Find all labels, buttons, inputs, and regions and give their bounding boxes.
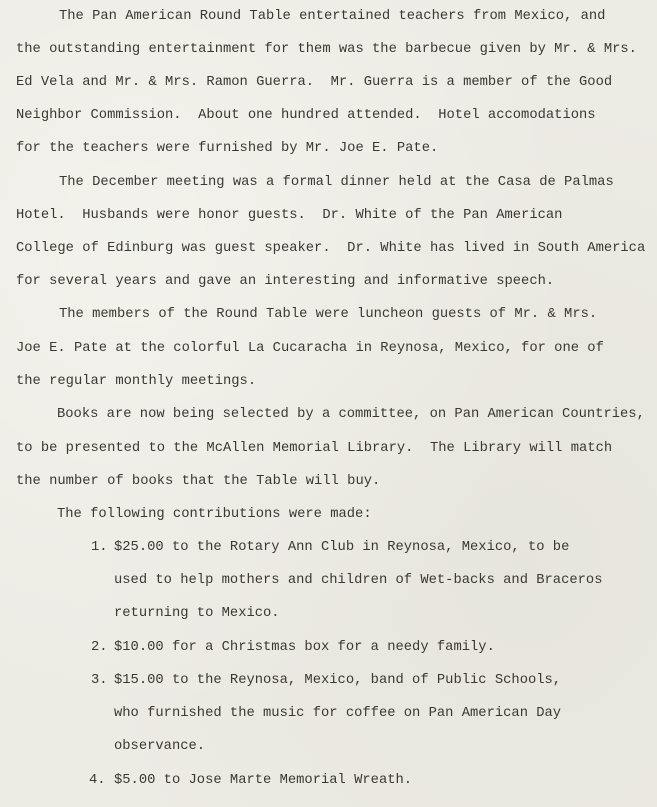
paragraph-3-line-2: Joe E. Pate at the colorful La Cucaracha…	[16, 341, 604, 357]
paragraph-1-line-4: Neighbor Commission. About one hundred a…	[16, 108, 596, 124]
paragraph-4-line-2: to be presented to the McAllen Memorial …	[16, 441, 612, 457]
contribution-3-line-1: $15.00 to the Reynosa, Mexico, band of P…	[114, 673, 561, 689]
typewritten-document-page: The Pan American Round Table entertained…	[0, 0, 657, 807]
contribution-1-line-3: returning to Mexico.	[114, 606, 280, 622]
contribution-4-number: 4.	[89, 773, 106, 789]
contribution-3-line-2: who furnished the music for coffee on Pa…	[114, 706, 561, 722]
paragraph-4-line-1: Books are now being selected by a commit…	[57, 407, 645, 423]
paragraph-2-line-4: for several years and gave an interestin…	[16, 274, 554, 290]
paragraph-3-line-3: the regular monthly meetings.	[16, 374, 256, 390]
paragraph-4-line-3: the number of books that the Table will …	[16, 474, 380, 490]
contribution-3-line-3: observance.	[114, 739, 205, 755]
contribution-2-line-1: $10.00 for a Christmas box for a needy f…	[114, 640, 495, 656]
contribution-3-number: 3.	[91, 673, 108, 689]
contribution-2-number: 2.	[91, 640, 108, 656]
paragraph-2-line-1: The December meeting was a formal dinner…	[59, 175, 614, 191]
paragraph-1-line-1: The Pan American Round Table entertained…	[59, 9, 605, 25]
paragraph-1-line-2: the outstanding entertainment for them w…	[16, 42, 637, 58]
contribution-4-line-1: $5.00 to Jose Marte Memorial Wreath.	[114, 773, 412, 789]
paragraph-1-line-3: Ed Vela and Mr. & Mrs. Ramon Guerra. Mr.…	[16, 75, 612, 91]
paragraph-3-line-1: The members of the Round Table were lunc…	[59, 307, 597, 323]
contribution-1-line-2: used to help mothers and children of Wet…	[114, 573, 603, 589]
contribution-1-number: 1.	[91, 540, 108, 556]
contribution-1-line-1: $25.00 to the Rotary Ann Club in Reynosa…	[114, 540, 569, 556]
contributions-intro: The following contributions were made:	[57, 507, 372, 523]
paragraph-2-line-3: College of Edinburg was guest speaker. D…	[16, 241, 645, 257]
paragraph-2-line-2: Hotel. Husbands were honor guests. Dr. W…	[16, 208, 562, 224]
paragraph-1-line-5: for the teachers were furnished by Mr. J…	[16, 141, 438, 157]
